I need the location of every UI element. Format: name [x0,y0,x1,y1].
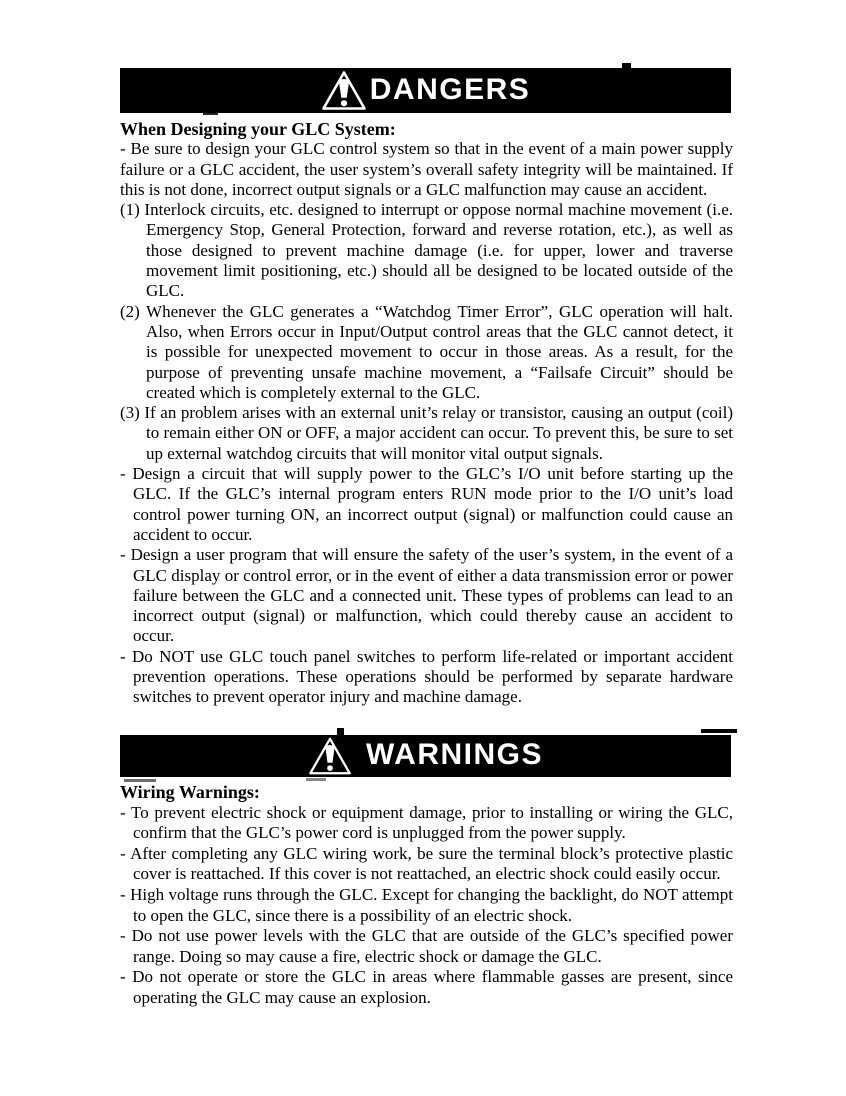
scan-artifact [337,728,344,735]
warning-item: - Do not use power levels with the GLC t… [120,926,733,967]
warning-item: - After completing any GLC wiring work, … [120,844,733,885]
warning-item: - To prevent electric shock or equipment… [120,803,733,844]
danger-item: - Design a circuit that will supply powe… [120,464,733,545]
dangers-section: When Designing your GLC System: - Be sur… [120,119,733,735]
warnings-section: Wiring Warnings: - To prevent electric s… [120,782,733,1042]
danger-item: - Be sure to design your GLC control sys… [120,139,733,200]
danger-item: (1) Interlock circuits, etc. designed to… [120,200,733,301]
warning-item: - Do not operate or store the GLC in are… [120,967,733,1008]
scan-artifact [622,63,631,69]
warnings-banner-title: WARNINGS [366,740,543,772]
danger-item: (3) If an problem arises with an externa… [120,403,733,464]
dangers-banner: DANGERS [120,68,731,113]
danger-item: (2) Whenever the GLC generates a “Watchd… [120,302,733,403]
warnings-banner: WARNINGS [120,735,731,777]
danger-item: - Do NOT use GLC touch panel switches to… [120,647,733,708]
scan-artifact [701,729,737,733]
manual-safety-page: DANGERS When Designing your GLC System: … [0,0,846,1096]
dangers-heading: When Designing your GLC System: [120,119,733,139]
scan-artifact [203,112,218,115]
warning-triangle-icon [308,736,352,776]
warning-triangle-icon [321,70,367,111]
warnings-heading: Wiring Warnings: [120,782,733,803]
warning-item: - High voltage runs through the GLC. Exc… [120,885,733,926]
dangers-banner-title: DANGERS [370,75,531,107]
danger-item: - Design a user program that will ensure… [120,545,733,646]
scan-artifact [124,779,156,782]
scan-artifact [306,778,326,781]
